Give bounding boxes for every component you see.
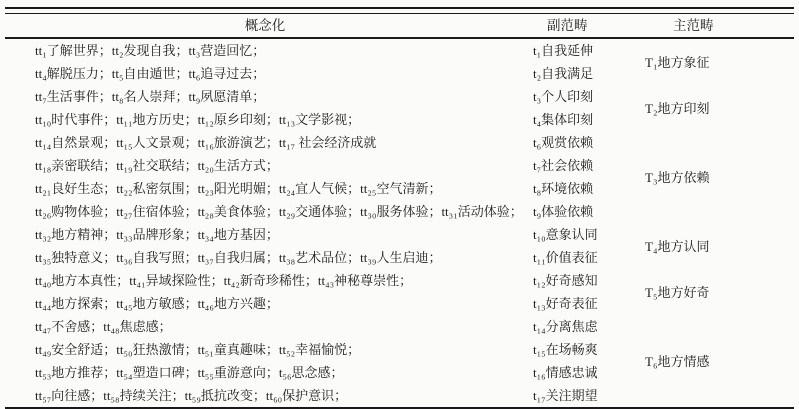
conceptualization-cell: tt₃₅独特意义；tt₃₆自我写照；tt₃₇自我归属；tt₃₈艺术品位；tt₃₉… xyxy=(5,246,525,269)
subcategory-cell: t₈环境依赖 xyxy=(525,177,643,200)
paper-table-page: 概念化 副范畴 主范畴 tt₁了解世界；tt₂发现自我；tt₃营造回忆；t₁自我… xyxy=(0,0,799,409)
table-row: tt₁了解世界；tt₂发现自我；tt₃营造回忆；t₁自我延伸T₁地方象征 xyxy=(5,38,794,62)
category-coding-table: 概念化 副范畴 主范畴 tt₁了解世界；tt₂发现自我；tt₃营造回忆；t₁自我… xyxy=(5,14,794,409)
conceptualization-cell: tt₅₇向往感；tt₅₈持续关注；tt₅₉抵抗改变；tt₆₀保护意识； xyxy=(5,384,525,408)
subcategory-cell: t₆观赏依赖 xyxy=(525,131,643,154)
subcategory-cell: t₁₇关注期望 xyxy=(525,384,643,408)
conceptualization-cell: tt₅₃地方推荐；tt₅₄塑造口碑；tt₅₅重游意向；t₅₆思念感； xyxy=(5,361,525,384)
conceptualization-cell: tt₁₄自然景观；tt₁₅人文景观；tt₁₆旅游演艺；tt₁₇ 社会经济成就 xyxy=(5,131,525,154)
subcategory-cell: t₇社会依赖 xyxy=(525,154,643,177)
subcategory-cell: t₂自我满足 xyxy=(525,62,643,85)
subcategory-cell: t₁₀意象认同 xyxy=(525,223,643,246)
table-row: tt₃₂地方精神；tt₃₃品牌形象；tt₃₄地方基因；t₁₀意象认同T₄地方认同 xyxy=(5,223,794,246)
conceptualization-cell: tt₁₀时代事件；tt₁₁地方历史；tt₁₂原乡印刻；tt₁₃文学影视； xyxy=(5,108,525,131)
subcategory-cell: t₁自我延伸 xyxy=(525,38,643,62)
table-row: tt₁₄自然景观；tt₁₅人文景观；tt₁₆旅游演艺；tt₁₇ 社会经济成就t₆… xyxy=(5,131,794,154)
header-maincategory: 主范畴 xyxy=(643,14,794,38)
header-conceptualization: 概念化 xyxy=(5,14,525,38)
table-row: tt₄₀地方本真性；tt₄₁异域探险性；tt₄₂新奇珍稀性；tt₄₃神秘尊崇性；… xyxy=(5,269,794,292)
subcategory-cell: t₁₅在场畅爽 xyxy=(525,338,643,361)
maincategory-cell: T₄地方认同 xyxy=(643,223,794,269)
conceptualization-cell: tt₄₇不舍感；tt₄₈焦虑感； xyxy=(5,315,525,338)
subcategory-cell: t₉体验依赖 xyxy=(525,200,643,223)
table-top-rule xyxy=(5,7,794,14)
conceptualization-cell: tt₄₄地方探索；tt₄₅地方敏感；tt₄₆地方兴趣； xyxy=(5,292,525,315)
subcategory-cell: t₁₂好奇感知 xyxy=(525,269,643,292)
conceptualization-cell: tt₄解脱压力；tt₅自由遁世；tt₆追寻过去； xyxy=(5,62,525,85)
maincategory-cell: T₂地方印刻 xyxy=(643,85,794,131)
conceptualization-cell: tt₃₂地方精神；tt₃₃品牌形象；tt₃₄地方基因； xyxy=(5,223,525,246)
maincategory-cell: T₃地方依赖 xyxy=(643,131,794,223)
table-row: tt₄₇不舍感；tt₄₈焦虑感；t₁₄分离焦虑T₆地方情感 xyxy=(5,315,794,338)
conceptualization-cell: tt₂₆购物体验；tt₂₇住宿体验；tt₂₈美食体验；tt₂₉交通体验；tt₃₀… xyxy=(5,200,525,223)
subcategory-cell: t₁₄分离焦虑 xyxy=(525,315,643,338)
conceptualization-cell: tt₇生活事件；tt₈名人崇拜；tt₉夙愿清单； xyxy=(5,85,525,108)
conceptualization-cell: tt₄₉安全舒适；tt₅₀狂热激情；tt₅₁童真趣味；tt₅₂幸福愉悦； xyxy=(5,338,525,361)
conceptualization-cell: tt₂₁良好生态；tt₂₂私密氛围；tt₂₃阳光明媚；tt₂₄宜人气候；tt₂₅… xyxy=(5,177,525,200)
conceptualization-cell: tt₄₀地方本真性；tt₄₁异域探险性；tt₄₂新奇珍稀性；tt₄₃神秘尊崇性； xyxy=(5,269,525,292)
maincategory-cell: T₆地方情感 xyxy=(643,315,794,408)
conceptualization-cell: tt₁了解世界；tt₂发现自我；tt₃营造回忆； xyxy=(5,38,525,62)
maincategory-cell: T₁地方象征 xyxy=(643,38,794,85)
subcategory-cell: t₃个人印刻 xyxy=(525,85,643,108)
header-row: 概念化 副范畴 主范畴 xyxy=(5,14,794,38)
subcategory-cell: t₁₁价值表征 xyxy=(525,246,643,269)
subcategory-cell: t₁₃好奇表征 xyxy=(525,292,643,315)
table-row: tt₇生活事件；tt₈名人崇拜；tt₉夙愿清单；t₃个人印刻T₂地方印刻 xyxy=(5,85,794,108)
conceptualization-cell: tt₁₈亲密联结；tt₁₉社交联结；tt₂₀生活方式； xyxy=(5,154,525,177)
subcategory-cell: t₄集体印刻 xyxy=(525,108,643,131)
header-subcategory: 副范畴 xyxy=(525,14,643,38)
subcategory-cell: t₁₆情感忠诚 xyxy=(525,361,643,384)
maincategory-cell: T₅地方好奇 xyxy=(643,269,794,315)
